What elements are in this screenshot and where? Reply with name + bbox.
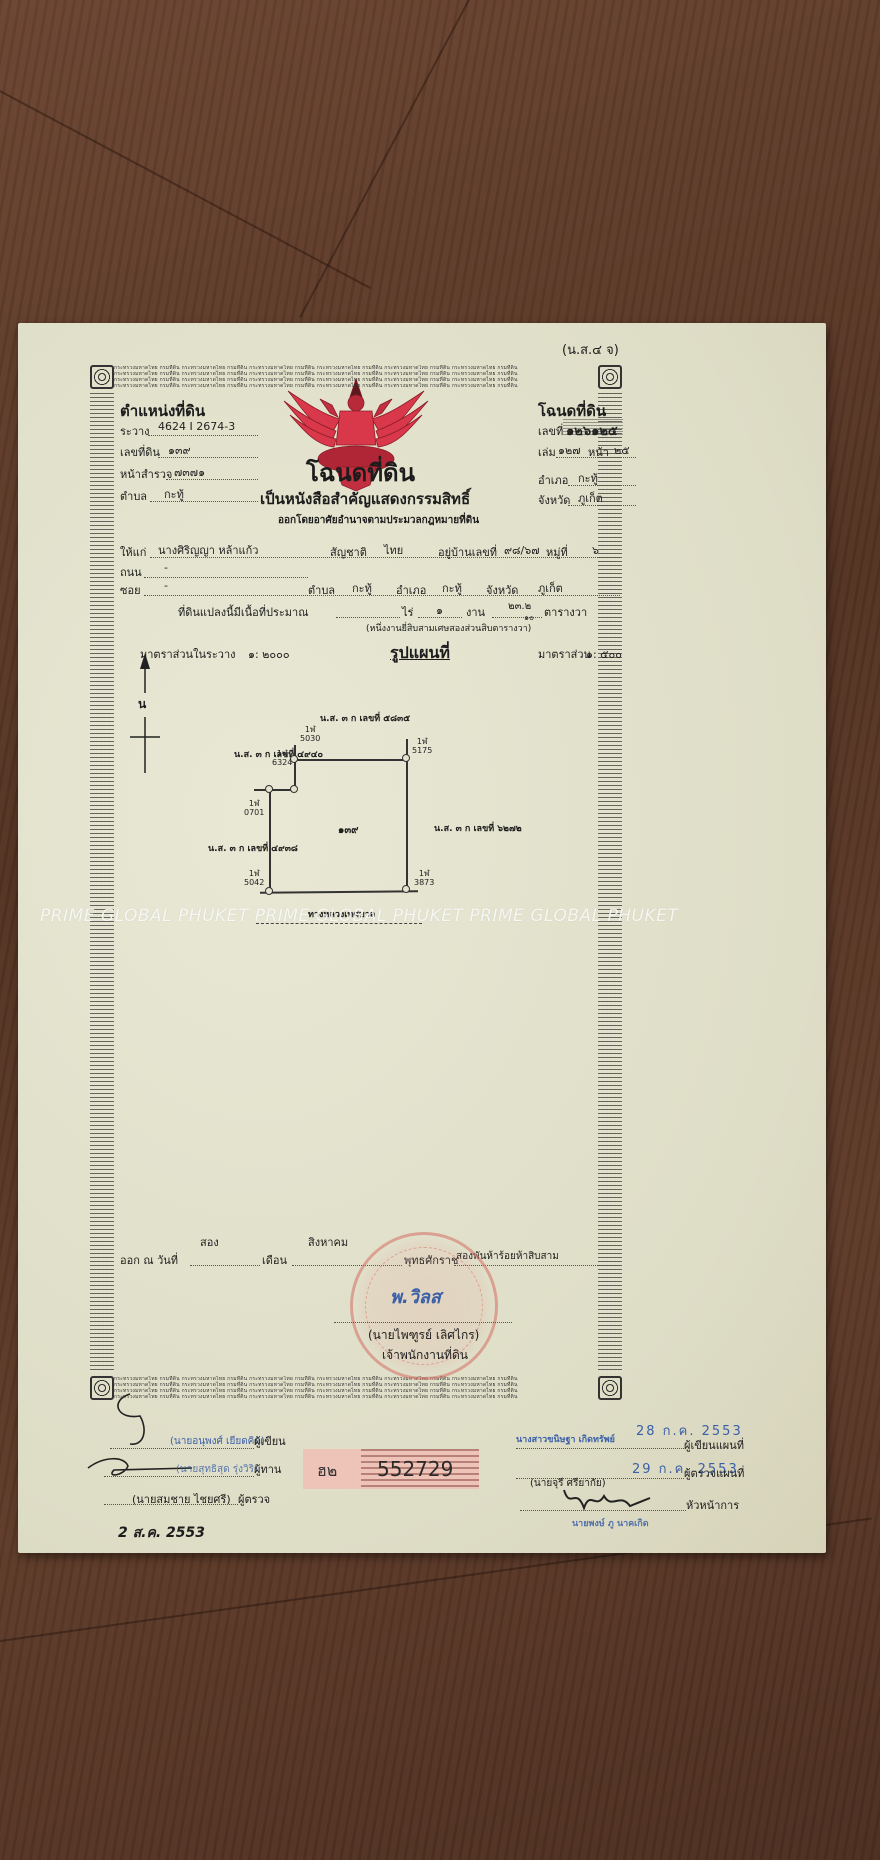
security-microtext-left bbox=[90, 393, 114, 1373]
map-checker-role: ผู้ตรวจแผนที่ bbox=[684, 1464, 744, 1482]
rai-label: ไร่ bbox=[402, 603, 413, 621]
officer-signature: พ.วิลส bbox=[390, 1282, 441, 1311]
boundary-marker bbox=[290, 785, 298, 793]
corner-ornament-icon bbox=[598, 1376, 622, 1400]
head-stamp: นายพงษ์ ภู นาคเกิด bbox=[572, 1516, 649, 1530]
map-writer-role: ผู้เขียนแผนที่ bbox=[684, 1436, 744, 1454]
owner-name: นางศิริญญา หล้าแก้ว bbox=[158, 541, 258, 559]
writer-name: (นายอนุพงศ์ เยียดคิด) bbox=[170, 1434, 265, 1449]
security-microtext-bottom: กระทรวงมหาดไทย กรมที่ดิน กระทรวงมหาดไทย … bbox=[114, 1376, 614, 1400]
head-line bbox=[520, 1510, 686, 1511]
boundary-marker bbox=[402, 754, 410, 762]
serial-number: 552729 bbox=[377, 1457, 453, 1481]
owner-amphoe-label: อำเภอ bbox=[396, 581, 426, 599]
watermark-text: PRIME GLOBAL PHUKET PRIME GLOBAL PHUKET … bbox=[40, 906, 678, 926]
issued-at-label: ออก ณ วันที่ bbox=[120, 1251, 178, 1269]
inspector-line bbox=[104, 1504, 238, 1505]
area-label: ที่ดินแปลงนี้มีเนื้อที่ประมาณ bbox=[178, 603, 308, 621]
boundary-marker bbox=[265, 887, 273, 895]
scale-value: ๑: ๕๐๐ bbox=[586, 645, 622, 663]
province-label: จังหวัด bbox=[538, 491, 570, 509]
area-text: (หนึ่งงานยี่สิบสามเศษสองส่วนสิบตารางวา) bbox=[366, 621, 531, 635]
marker-label: 1ฬ5175 bbox=[412, 737, 432, 755]
land-no-label: เลขที่ดิน bbox=[120, 443, 160, 461]
serial-prefix: ฮ๒ bbox=[317, 1459, 337, 1484]
house-no-label: อยู่บ้านเลขที่ bbox=[438, 543, 497, 561]
document-subtitle: เป็นหนังสือสำคัญแสดงกรรมสิทธิ์ bbox=[260, 487, 470, 511]
security-microtext-top: กระทรวงมหาดไทย กรมที่ดิน กระทรวงมหาดไทย … bbox=[114, 365, 614, 389]
ngan-label: งาน bbox=[466, 603, 485, 621]
province-value: ภูเก็ต bbox=[578, 489, 603, 507]
inspector-name: (นายสมชาย ไชยศรี) bbox=[132, 1490, 231, 1508]
nationality-label: สัญชาติ bbox=[330, 543, 367, 561]
ngan-value: ๑ bbox=[436, 601, 443, 619]
scale-label: มาตราส่วน bbox=[538, 645, 591, 663]
signature-line bbox=[334, 1322, 512, 1323]
map-heading: รูปแผนที่ bbox=[390, 641, 450, 666]
map-writer-stamp: นางสาวขนิษฐา เกิดทรัพย์ bbox=[516, 1432, 615, 1446]
issued-by-text: ออกโดยอาศัยอำนาจตามประมวลกฎหมายที่ดิน bbox=[278, 513, 479, 528]
survey-page-label: หน้าสำรวจ bbox=[120, 465, 172, 483]
tambon-label: ตำบล bbox=[120, 487, 147, 505]
corner-ornament-icon bbox=[90, 365, 114, 389]
survey-page-value: ๗๓๗๑ bbox=[174, 463, 205, 481]
security-microtext-right bbox=[598, 393, 622, 1373]
wa-line bbox=[492, 617, 542, 618]
nationality-value: ไทย bbox=[384, 541, 403, 559]
owner-amphoe-value: กะทู้ bbox=[442, 579, 462, 597]
head-role: หัวหน้าการ bbox=[686, 1496, 739, 1514]
parcel-number: ๑๓๙ bbox=[338, 823, 359, 838]
amphoe-label: อำเภอ bbox=[538, 471, 568, 489]
map-writer-line bbox=[516, 1448, 684, 1449]
neighbor-east: น.ส. ๓ ก เลขที่ ๖๒๗๒ bbox=[434, 821, 522, 835]
owner-province-label: จังหวัด bbox=[486, 581, 518, 599]
inspector-role: ผู้ตรวจ bbox=[238, 1490, 270, 1508]
land-no-value: ๑๓๙ bbox=[168, 441, 191, 459]
tambon-value: กะทู้ bbox=[164, 485, 184, 503]
boundary-marker bbox=[265, 785, 273, 793]
month-label: เดือน bbox=[262, 1251, 287, 1269]
handwritten-date: 2 ส.ค. 2553 bbox=[118, 1522, 205, 1544]
amphoe-value: กะทู้ bbox=[578, 469, 598, 487]
head-signature bbox=[560, 1480, 670, 1520]
book-line bbox=[556, 457, 636, 458]
deed-number-label: เลขที่ bbox=[538, 422, 563, 440]
owner-tambon-value: กะทู้ bbox=[352, 579, 372, 597]
marker-label: 1ฬ5042 bbox=[244, 869, 264, 887]
road-line bbox=[144, 577, 308, 578]
rawang-line bbox=[148, 435, 258, 436]
page-label: หน้า bbox=[588, 443, 609, 461]
corner-ornament-icon bbox=[598, 365, 622, 389]
soi-value: - bbox=[164, 579, 168, 592]
soi-label: ซอย bbox=[120, 581, 141, 599]
moo-label: หมู่ที่ bbox=[546, 543, 568, 561]
day-line bbox=[190, 1265, 260, 1266]
rawang-label: ระวาง bbox=[120, 422, 150, 440]
issue-day: สอง bbox=[200, 1233, 219, 1251]
owner-tambon-label: ตำบล bbox=[308, 581, 335, 599]
wa-label: ตารางวา bbox=[544, 603, 587, 621]
road-label: ถนน bbox=[120, 563, 142, 581]
rawang-value: 4624 I 2674-3 bbox=[158, 420, 235, 433]
form-code: (น.ส.๔ จ) bbox=[562, 339, 619, 360]
deed-number-value: ๑๒๖๑๒๕ bbox=[566, 420, 618, 441]
book-label: เล่ม bbox=[538, 443, 556, 461]
marker-label: 1ฬ6324 bbox=[272, 749, 292, 767]
writer-role: ผู้เขียน bbox=[254, 1432, 286, 1450]
serial-number-box: ฮ๒ 552729 bbox=[303, 1449, 479, 1489]
boundary-line bbox=[260, 890, 418, 893]
floor-seam bbox=[0, 90, 371, 289]
scale-in-sheet-value: ๑: ๒๐๐๐ bbox=[248, 645, 290, 663]
checker-name: (นายสุทธิสุด รุ่งวิริ) bbox=[176, 1462, 258, 1477]
marker-label: 1ฬ5030 bbox=[300, 725, 320, 743]
officer-title: เจ้าพนักงานที่ดิน bbox=[382, 1346, 468, 1365]
north-label: น bbox=[138, 695, 146, 714]
checker-role: ผู้ทาน bbox=[254, 1460, 281, 1478]
marker-label: 1ฬ0701 bbox=[244, 799, 264, 817]
owner-to-label: ให้แก่ bbox=[120, 543, 146, 561]
checker-line bbox=[104, 1476, 254, 1477]
floor-seam bbox=[299, 0, 470, 318]
issue-month: สิงหาคม bbox=[308, 1233, 348, 1251]
writer-signature bbox=[100, 1390, 180, 1450]
boundary-line bbox=[294, 759, 406, 761]
boundary-marker bbox=[402, 885, 410, 893]
road-value: - bbox=[164, 561, 168, 574]
officer-name: (นายไพฑูรย์ เลิศไกร) bbox=[368, 1326, 479, 1345]
boundary-line bbox=[269, 789, 271, 893]
neighbor-west: น.ส. ๓ ก เลขที่ ๔๙๓๘ bbox=[208, 841, 298, 855]
neighbor-north: น.ส. ๓ ก เลขที่ ๕๘๓๕ bbox=[320, 711, 410, 725]
moo-value: ๖ bbox=[592, 541, 599, 559]
house-no-value: ๙๘/๖๗ bbox=[504, 541, 540, 559]
owner-province-value: ภูเก็ต bbox=[538, 579, 563, 597]
marker-label: 1ฬ3873 bbox=[414, 869, 434, 887]
rai-line bbox=[336, 617, 400, 618]
